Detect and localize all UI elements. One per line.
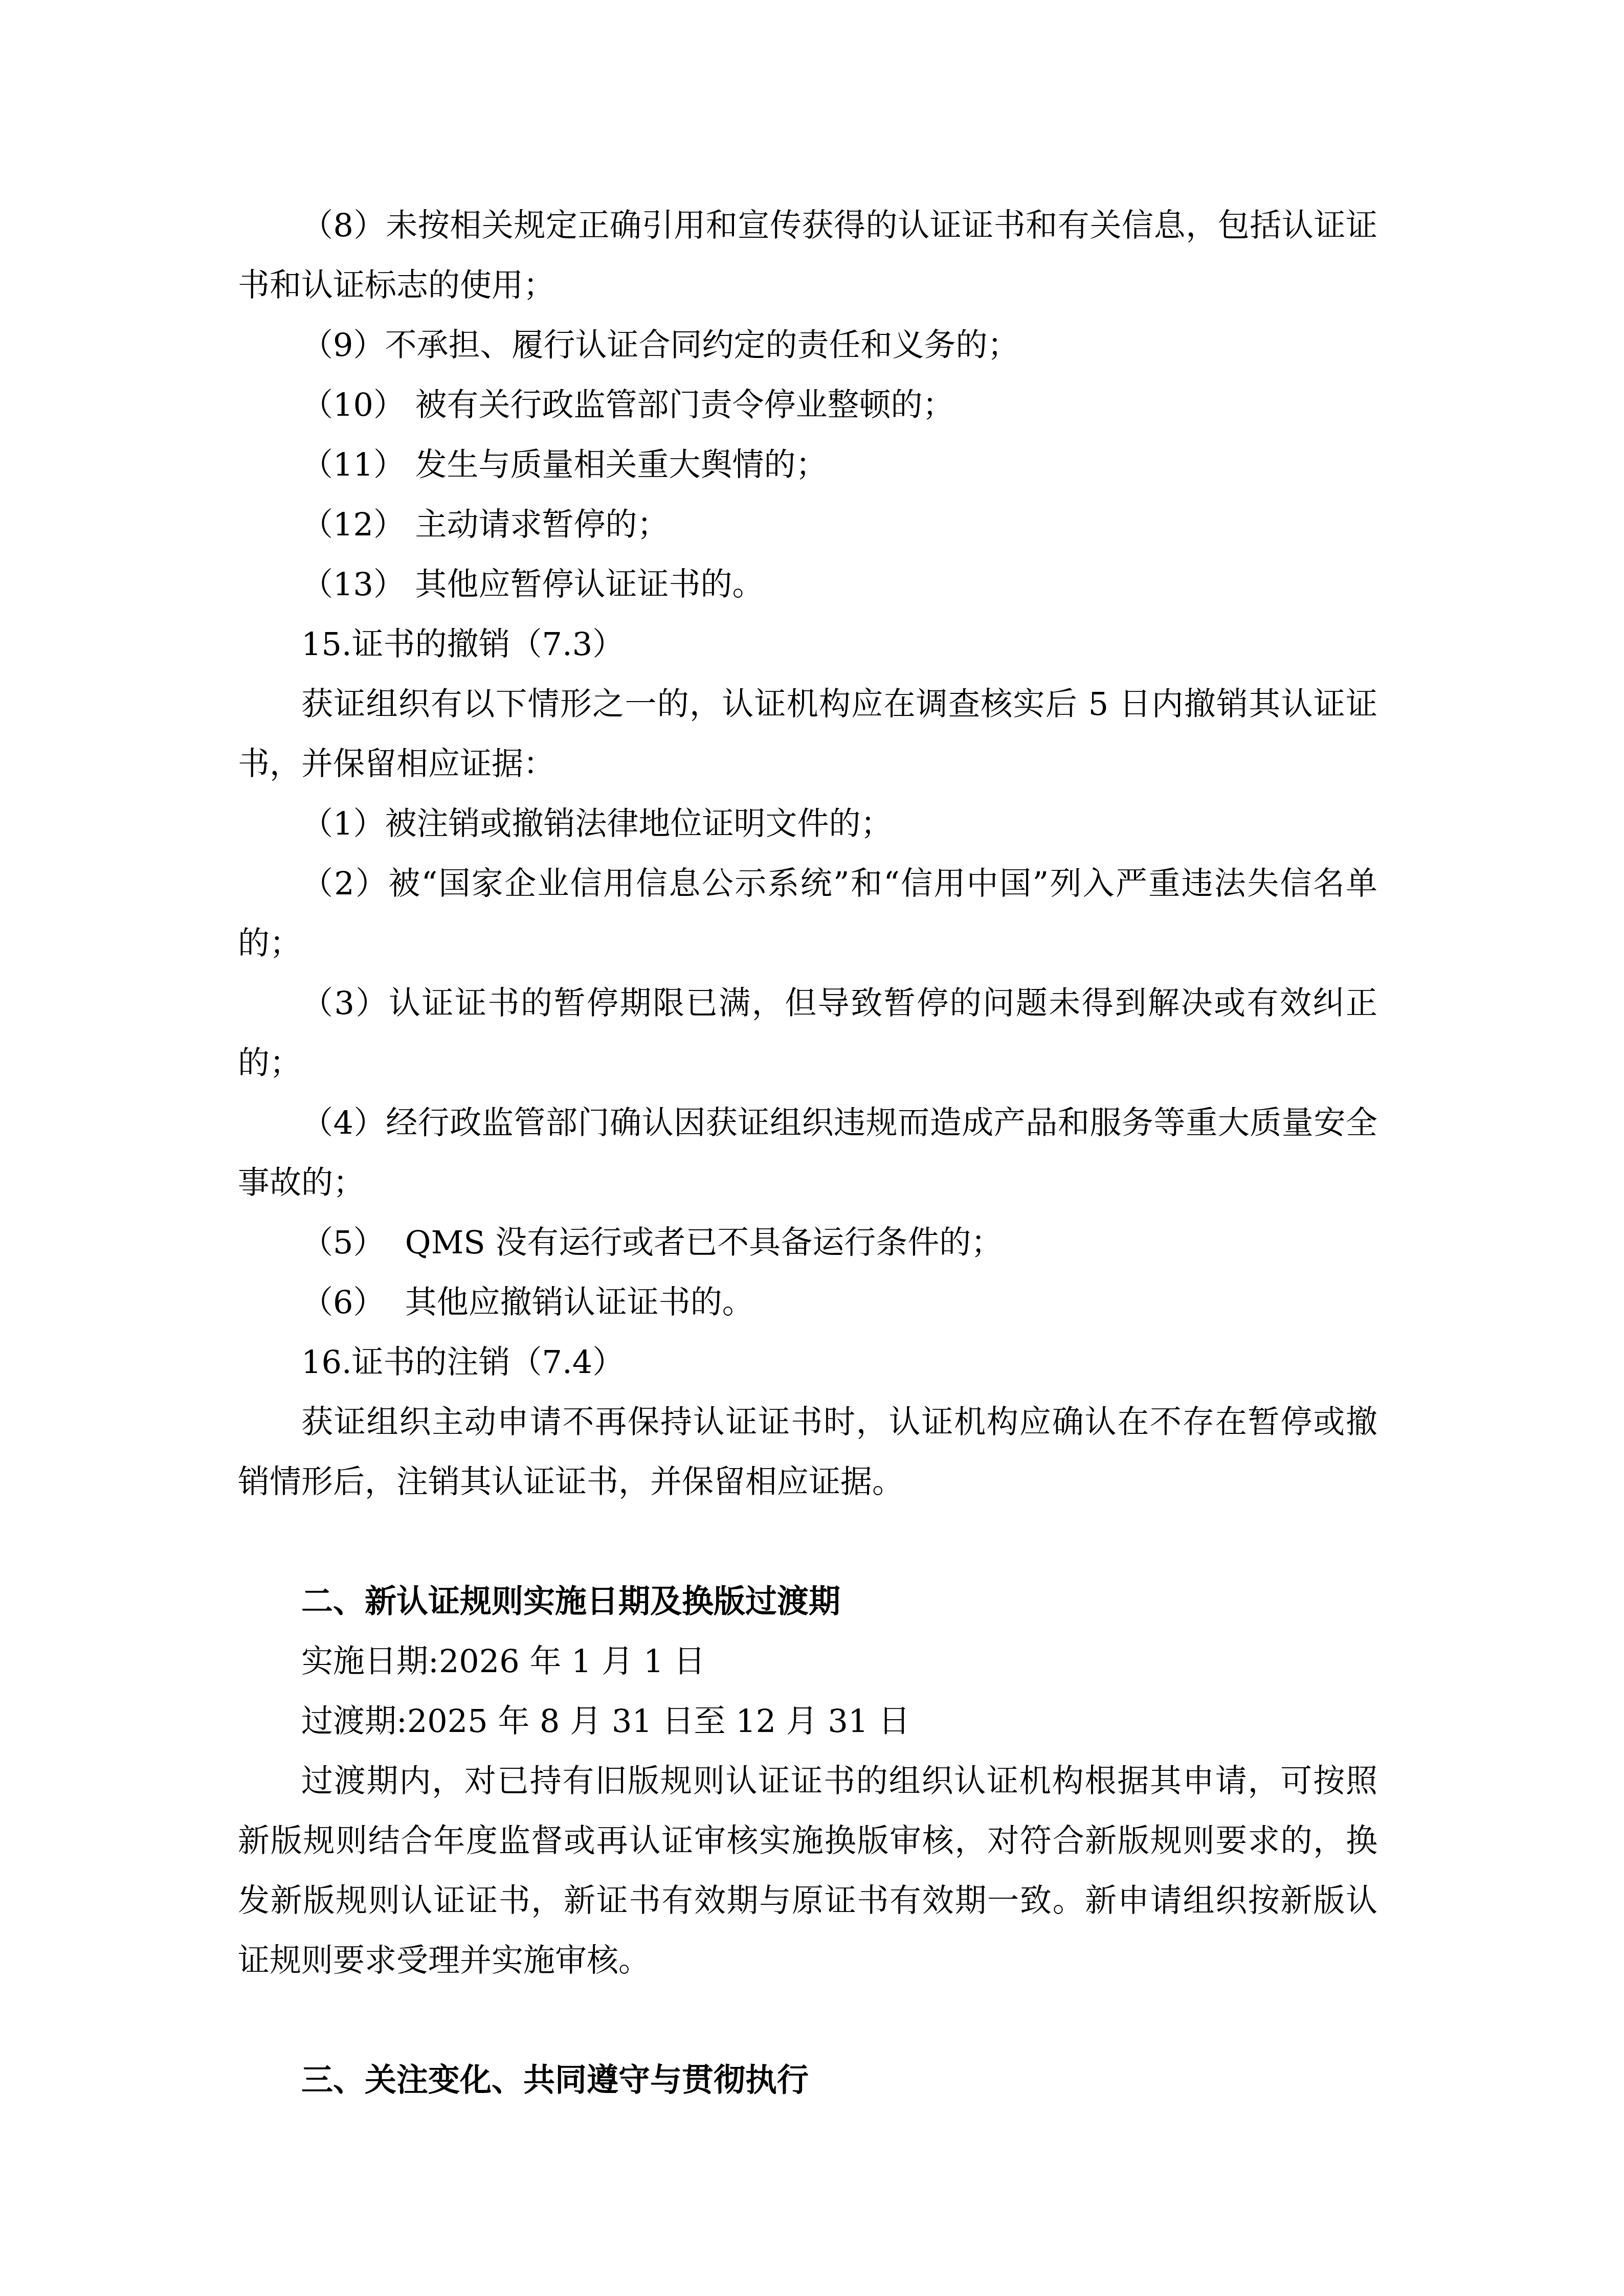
section-heading: 三、关注变化、共同遵守与贯彻执行 (238, 2050, 1377, 2110)
paragraph: 获证组织有以下情形之一的，认证机构应在调查核实后 5 日内撤销其认证证书，并保留… (238, 674, 1377, 794)
section-heading: 二、新认证规则实施日期及换版过渡期 (238, 1571, 1377, 1631)
paragraph: （9）不承担、履行认证合同约定的责任和义务的； (238, 315, 1377, 375)
paragraph: （1）被注销或撤销法律地位证明文件的； (238, 794, 1377, 853)
paragraph: （2）被“国家企业信用信息公示系统”和“信用中国”列入严重违法失信名单的； (238, 853, 1377, 973)
paragraph: （6） 其他应撤销认证证书的。 (238, 1272, 1377, 1332)
paragraph: （5） QMS 没有运行或者已不具备运行条件的； (238, 1212, 1377, 1272)
paragraph: （4）经行政监管部门确认因获证组织违规而造成产品和服务等重大质量安全事故的； (238, 1093, 1377, 1212)
paragraph: （13） 其他应暂停认证证书的。 (238, 554, 1377, 614)
document-body: （8）未按相关规定正确引用和宣传获得的认证证书和有关信息，包括认证证书和认证标志… (238, 195, 1377, 2110)
paragraph: （10） 被有关行政监管部门责令停业整顿的； (238, 375, 1377, 435)
paragraph: （11） 发生与质量相关重大舆情的； (238, 435, 1377, 494)
paragraph: （8）未按相关规定正确引用和宣传获得的认证证书和有关信息，包括认证证书和认证标志… (238, 195, 1377, 315)
paragraph: （12） 主动请求暂停的； (238, 494, 1377, 554)
blank-line (238, 1512, 1377, 1571)
paragraph: 过渡期:2025 年 8 月 31 日至 12 月 31 日 (238, 1691, 1377, 1751)
paragraph: 过渡期内，对已持有旧版规则认证证书的组织认证机构根据其申请，可按照新版规则结合年… (238, 1751, 1377, 1990)
paragraph: （3）认证证书的暂停期限已满，但导致暂停的问题未得到解决或有效纠正的； (238, 973, 1377, 1093)
paragraph: 获证组织主动申请不再保持认证证书时，认证机构应确认在不存在暂停或撤销情形后，注销… (238, 1392, 1377, 1512)
paragraph: 16.证书的注销（7.4） (238, 1332, 1377, 1392)
paragraph: 15.证书的撤销（7.3） (238, 614, 1377, 674)
document-page: （8）未按相关规定正确引用和宣传获得的认证证书和有关信息，包括认证证书和认证标志… (0, 0, 1624, 2296)
blank-line (238, 1990, 1377, 2050)
paragraph: 实施日期:2026 年 1 月 1 日 (238, 1631, 1377, 1691)
